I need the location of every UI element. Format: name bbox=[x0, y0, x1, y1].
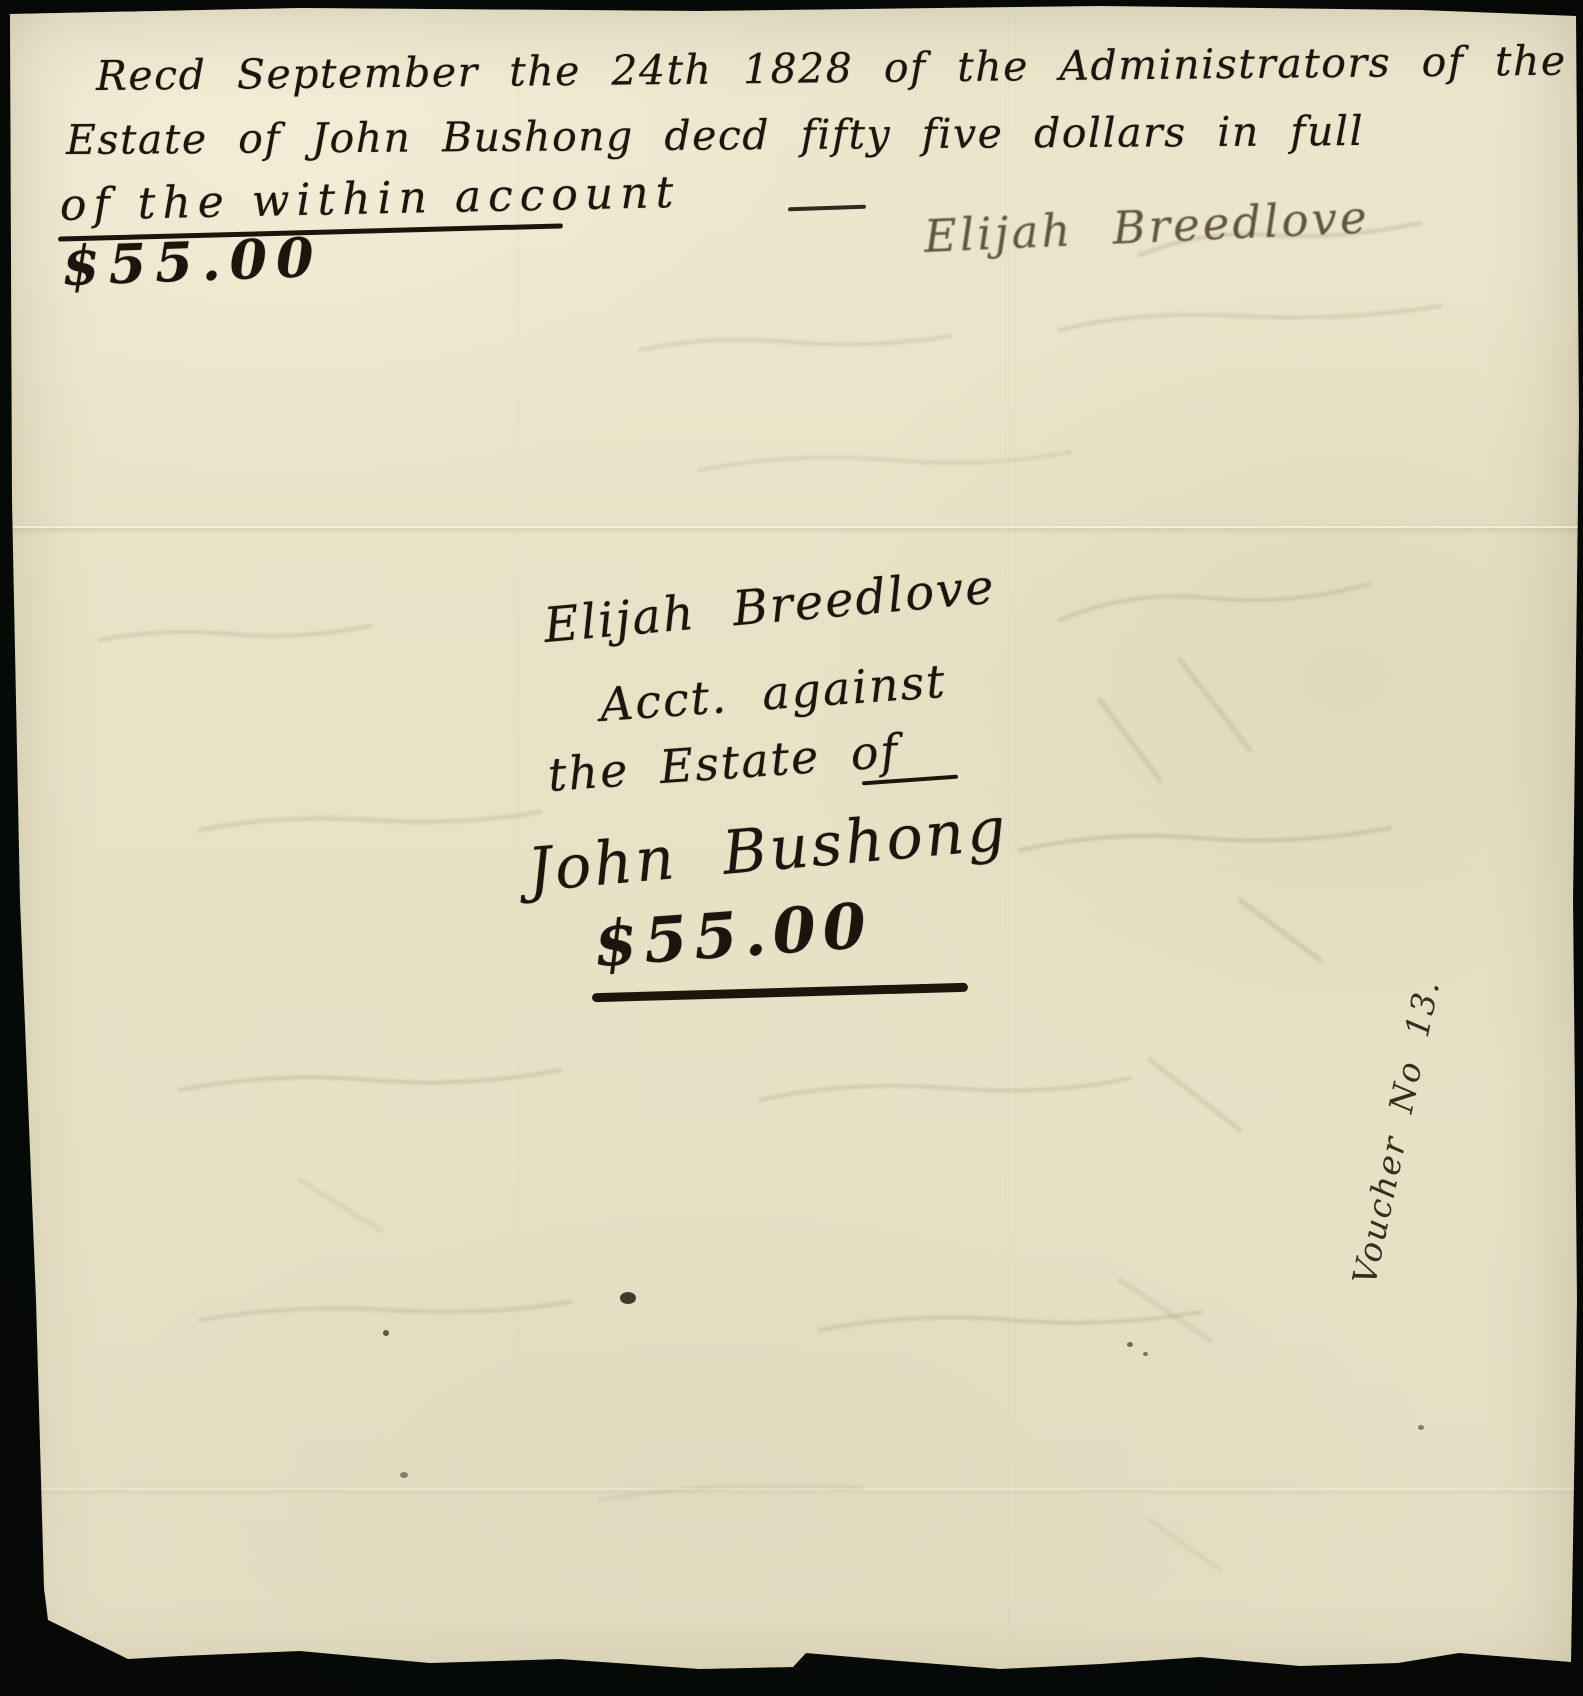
ink-speck bbox=[52, 1628, 57, 1633]
document-page: Recd September the 24th 1828 of the Admi… bbox=[0, 0, 1583, 1696]
receipt-line-2: Estate of John Bushong decd fifty five d… bbox=[66, 107, 1364, 164]
ink-speck bbox=[1418, 1425, 1424, 1430]
scan-background: Recd September the 24th 1828 of the Admi… bbox=[0, 0, 1583, 1696]
receipt-amount: $55.00 bbox=[61, 225, 324, 298]
ink-speck bbox=[400, 1472, 408, 1478]
ink-speck bbox=[1143, 1352, 1148, 1356]
ink-speck bbox=[620, 1292, 636, 1304]
ink-speck bbox=[383, 1330, 389, 1336]
ink-speck bbox=[1127, 1342, 1133, 1347]
